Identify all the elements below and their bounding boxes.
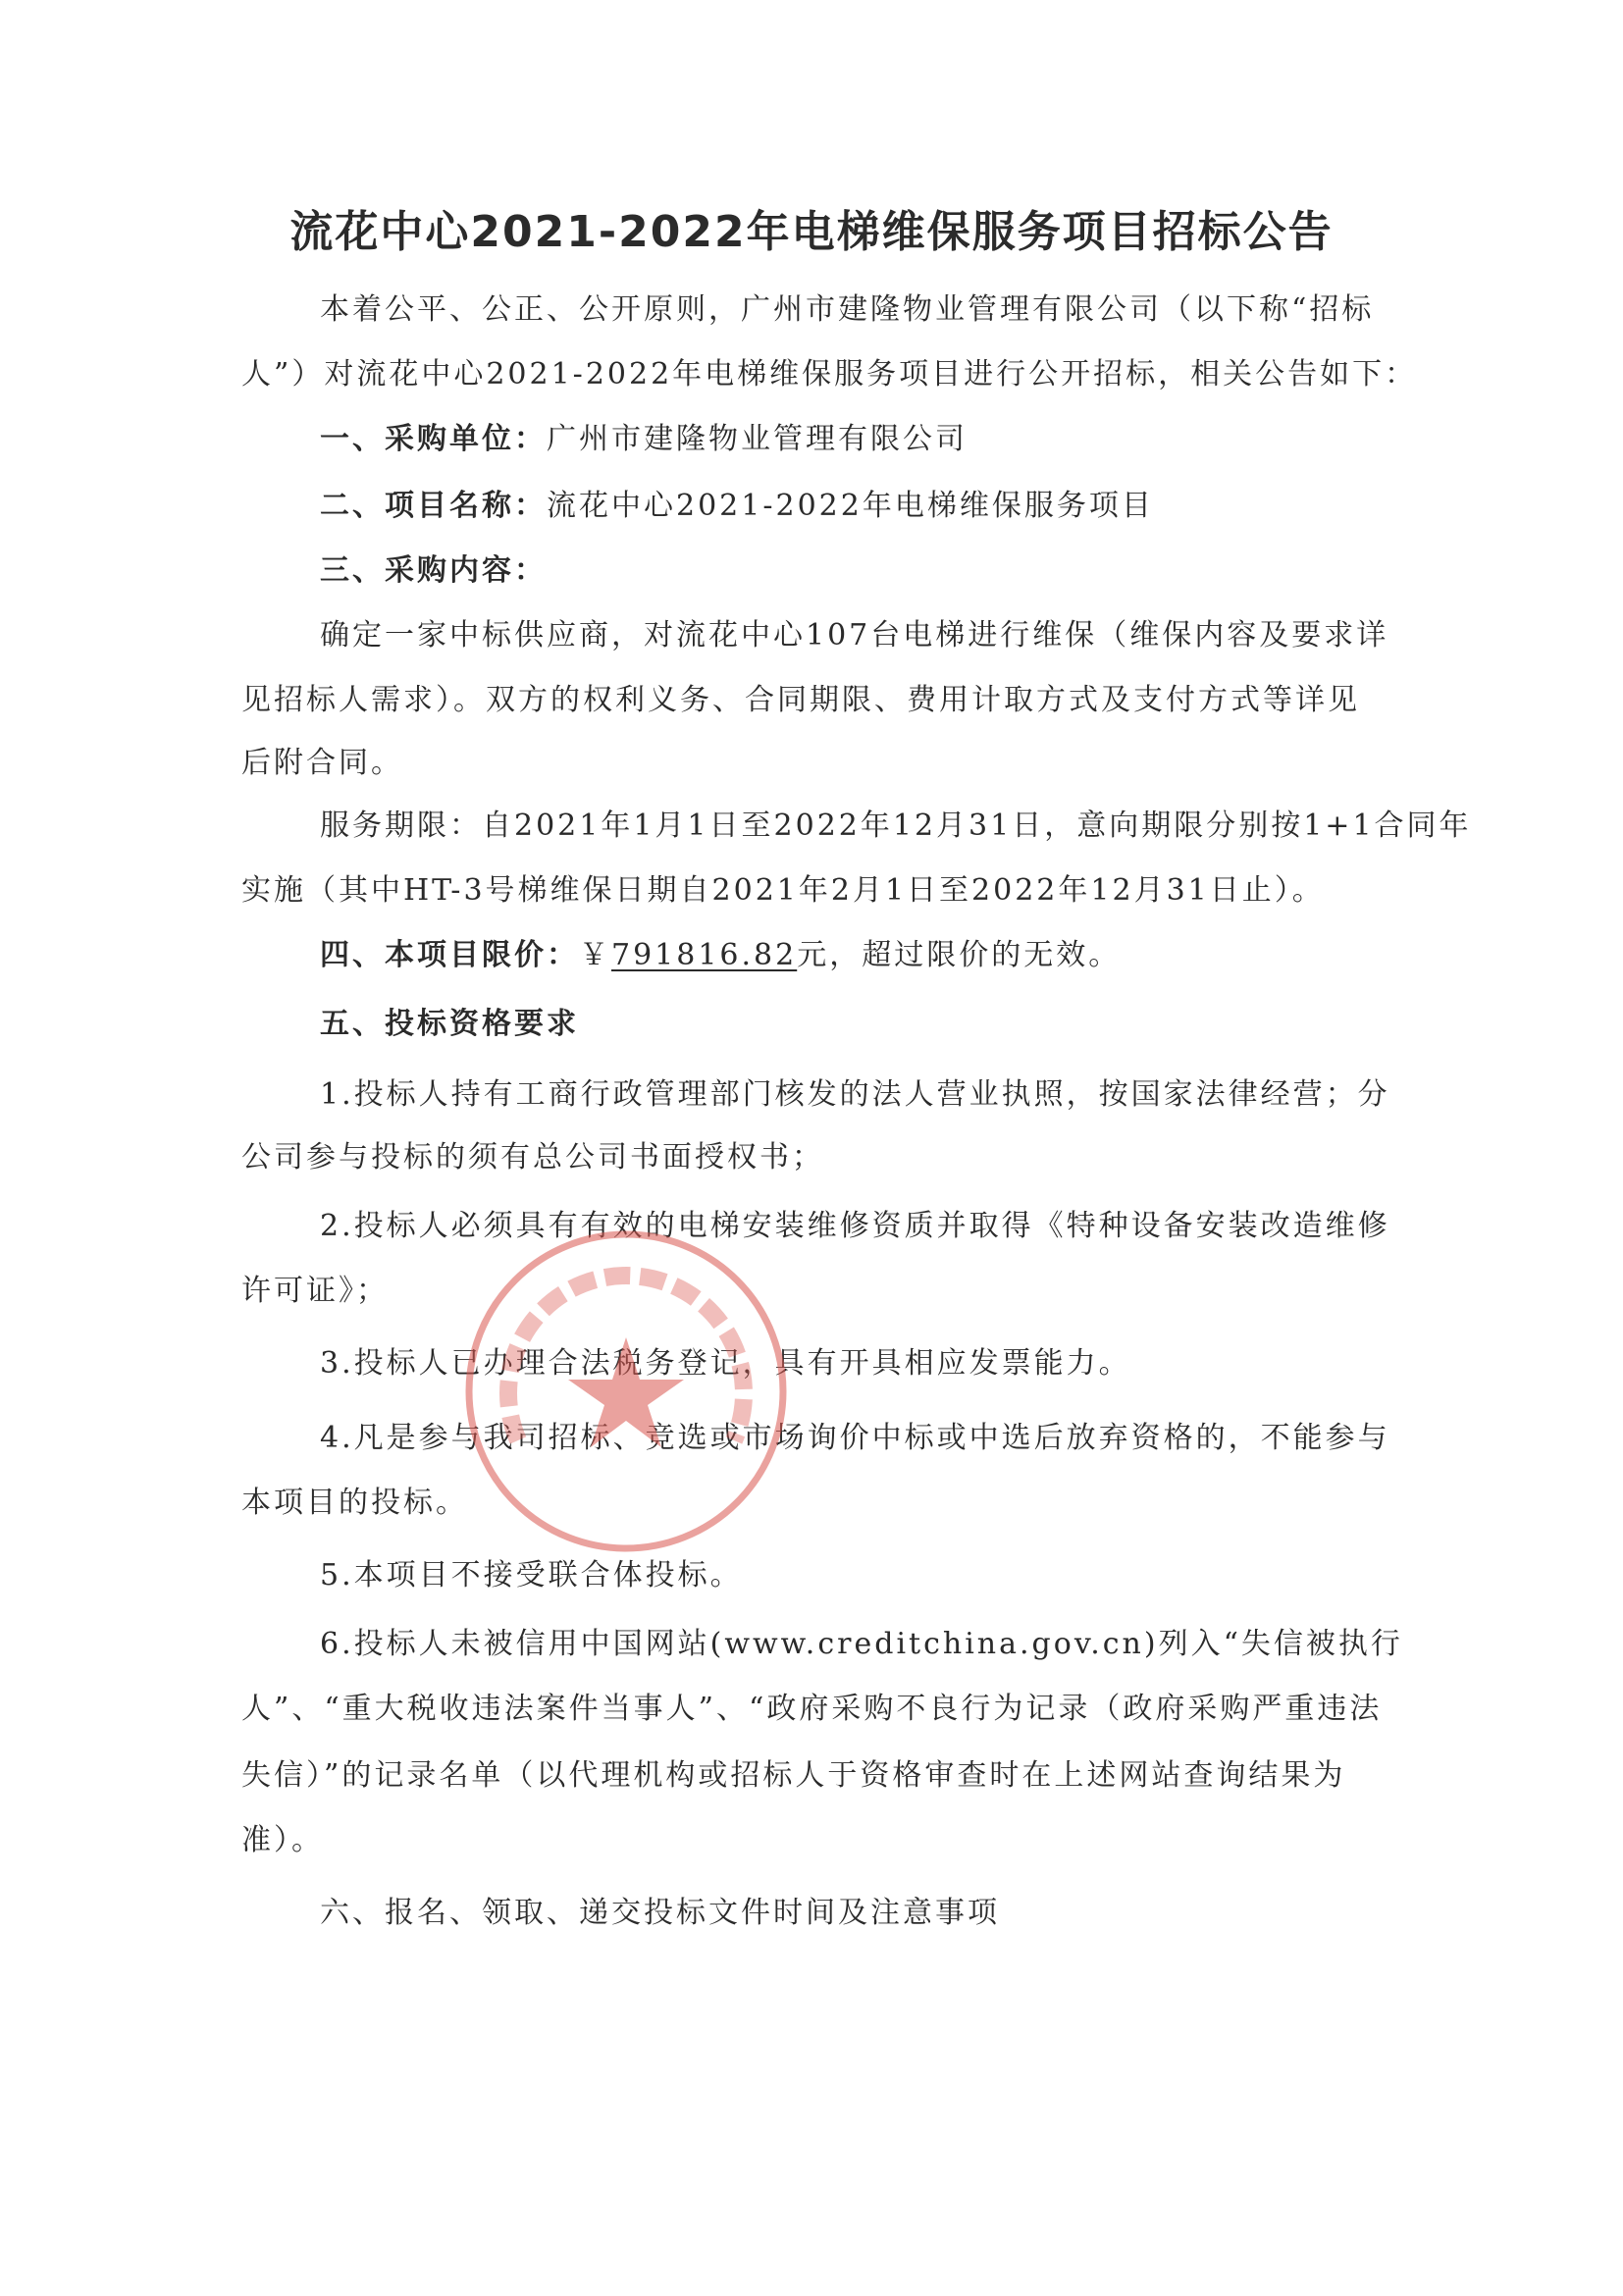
price-value: 791816.82: [611, 938, 797, 972]
section-purchaser-label: 一、采购单位：: [320, 422, 547, 456]
content-line-3: 后附合同。: [241, 744, 403, 783]
section-qualification-heading: 五、投标资格要求: [320, 1005, 579, 1044]
company-seal-stamp: [459, 1225, 793, 1558]
section-content-heading: 三、采购内容：: [320, 551, 547, 591]
qualification-item-4-line-1: 4.凡是参与我司招标、竞选或市场询价中标或中选后放弃资格的，不能参与: [320, 1419, 1390, 1458]
document-page: 流花中心2021-2022年电梯维保服务项目招标公告 本着公平、公正、公开原则，…: [0, 0, 1623, 2296]
section-project-name-value: 流花中心2021-2022年电梯维保服务项目: [547, 489, 1154, 523]
content-line-1: 确定一家中标供应商，对流花中心107台电梯进行维保（维保内容及要求详: [320, 616, 1388, 655]
content-line-2: 见招标人需求）。双方的权利义务、合同期限、费用计取方式及支付方式等详见: [241, 681, 1360, 720]
service-period-line-1: 服务期限：自2021年1月1日至2022年12月31日，意向期限分别按1+1合同…: [320, 807, 1472, 846]
qualification-item-4-line-2: 本项目的投标。: [241, 1484, 468, 1523]
intro-line-1: 本着公平、公正、公开原则，广州市建隆物业管理有限公司（以下称“招标: [320, 290, 1374, 330]
qualification-item-5: 5.本项目不接受联合体投标。: [320, 1556, 743, 1595]
currency-symbol: ￥: [579, 938, 611, 972]
section-price-limit: 四、本项目限价：￥791816.82元，超过限价的无效。: [320, 936, 1121, 975]
section-purchaser-value: 广州市建隆物业管理有限公司: [547, 422, 968, 456]
section-purchaser: 一、采购单位：广州市建隆物业管理有限公司: [320, 420, 968, 459]
qualification-item-6-line-4: 准）。: [241, 1821, 324, 1860]
intro-line-2: 人”）对流花中心2021-2022年电梯维保服务项目进行公开招标，相关公告如下：: [241, 355, 1417, 394]
qualification-item-1-line-2: 公司参与投标的须有总公司书面授权书；: [241, 1138, 824, 1177]
document-title: 流花中心2021-2022年电梯维保服务项目招标公告: [0, 196, 1623, 259]
price-suffix: 元，超过限价的无效。: [797, 938, 1121, 972]
qualification-item-6-line-1: 6.投标人未被信用中国网站(www.creditchina.gov.cn)列入“…: [320, 1625, 1403, 1664]
qualification-item-2-line-2: 许可证》；: [241, 1272, 389, 1311]
section-price-label: 四、本项目限价：: [320, 938, 579, 972]
qualification-item-6-line-2: 人”、“重大税收违法案件当事人”、“政府采购不良行为记录（政府采购严重违法: [241, 1690, 1382, 1729]
section-project-name-label: 二、项目名称：: [320, 489, 547, 523]
qualification-item-6-line-3: 失信）”的记录名单（以代理机构或招标人于资格审查时在上述网站查询结果为: [241, 1756, 1345, 1796]
service-period-line-2: 实施（其中HT-3号梯维保日期自2021年2月1日至2022年12月31日止）。: [241, 871, 1325, 911]
qualification-item-2-line-1: 2.投标人必须具有有效的电梯安装维修资质并取得《特种设备安装改造维修: [320, 1207, 1390, 1246]
qualification-item-1-line-1: 1.投标人持有工商行政管理部门核发的法人营业执照，按国家法律经营；分: [320, 1075, 1390, 1115]
section-registration-heading: 六、报名、领取、递交投标文件时间及注意事项: [320, 1894, 1000, 1933]
section-project-name: 二、项目名称：流花中心2021-2022年电梯维保服务项目: [320, 487, 1154, 526]
qualification-item-3: 3.投标人已办理合法税务登记，具有开具相应发票能力。: [320, 1344, 1131, 1383]
